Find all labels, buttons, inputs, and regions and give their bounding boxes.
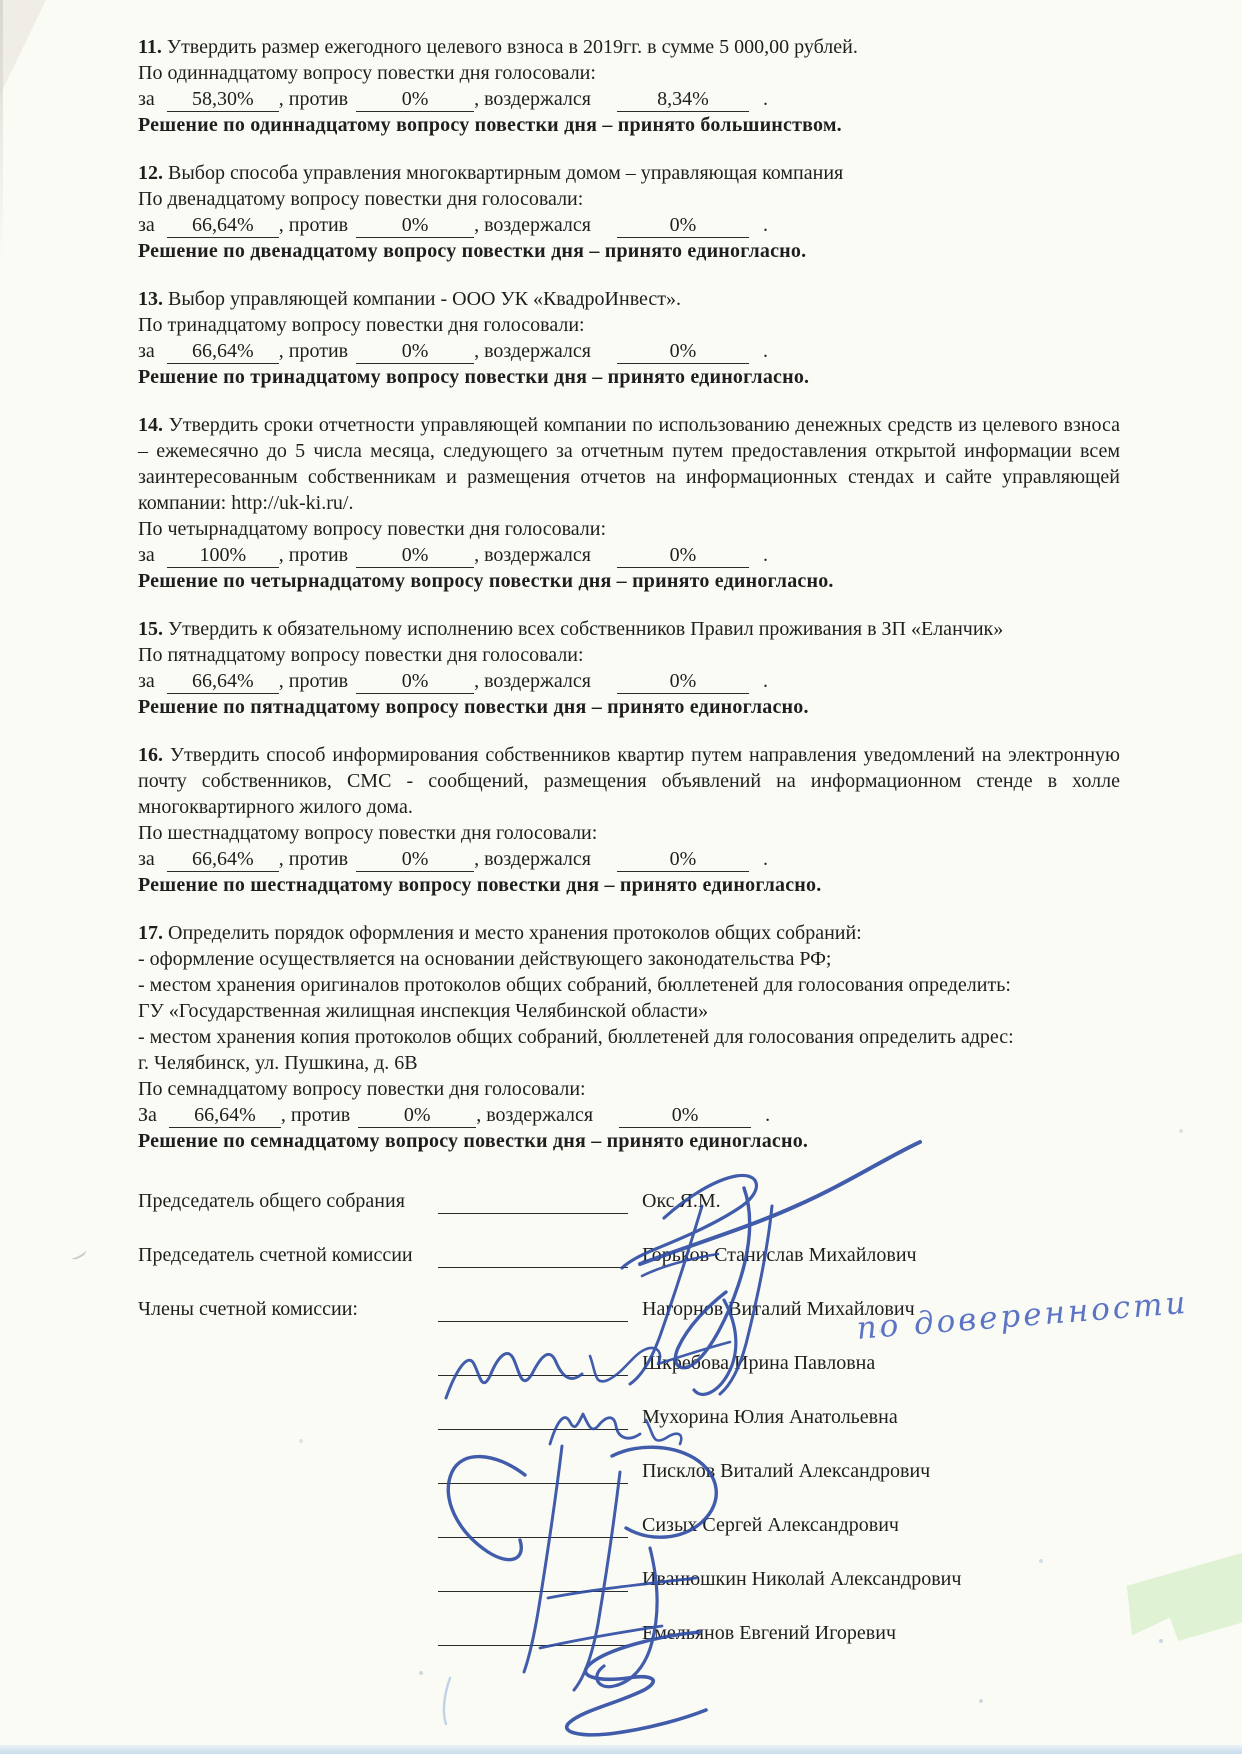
scan-edge-shadow [0,0,3,260]
vote-abstain-value: 8,34% [617,88,749,112]
vote-line: за66,64%, против0%, воздержался0%. [138,846,1120,872]
vote-line-period: . [763,544,768,566]
voting-intro: По шестнадцатому вопросу повестки дня го… [138,820,1120,846]
vote-line: за66,64%, против0%, воздержался0%. [138,668,1120,694]
signatory-name: Горьков Станислав Михайлович [642,1242,917,1268]
vote-abstain-value: 0% [617,214,749,238]
vote-against-label: , против [279,340,348,362]
vote-abstain-value: 0% [617,670,749,694]
item-subline: ГУ «Государственная жилищная инспекция Ч… [138,998,1120,1024]
scanned-document-page: 11. Утвердить размер ежегодного целевого… [0,0,1242,1754]
voting-intro: По одиннадцатому вопросу повестки дня го… [138,60,1120,86]
item-text: 13. Выбор управляющей компании - ООО УК … [138,286,1120,312]
vote-for-label: за [138,340,155,362]
vote-against-value: 0% [356,848,474,872]
vote-line-period: . [763,670,768,692]
decision-line: Решение по пятнадцатому вопросу повестки… [138,694,1120,720]
vote-against-label: , против [279,670,348,692]
item-number: 12. [138,162,163,184]
vote-abstain-label: , воздержался [474,670,591,692]
signature-role-label: Председатель счетной комиссии [138,1242,438,1268]
vote-line-period: . [763,214,768,236]
signature-role-label: Председатель общего собрания [138,1188,438,1214]
item-subline: - местом хранения оригиналов протоколов … [138,972,1120,998]
agenda-item-16: 16. Утвердить способ информирования собс… [138,742,1120,898]
signature-row: Шкребова Ирина Павловна [138,1346,1120,1376]
vote-abstain-label: , воздержался [474,340,591,362]
vote-for-label: за [138,214,155,236]
agenda-item-15: 15. Утвердить к обязательному исполнению… [138,616,1120,720]
item-body-text: Определить порядок оформления и место хр… [168,922,862,944]
vote-against-label: , против [279,544,348,566]
signatory-name: Шкребова Ирина Павловна [642,1350,875,1376]
signature-line [438,1561,628,1592]
vote-abstain-value: 0% [619,1104,751,1128]
signature-line [438,1507,628,1538]
vote-abstain-value: 0% [617,544,749,568]
decision-line: Решение по двенадцатому вопросу повестки… [138,238,1120,264]
item-subline: - местом хранения копия протоколов общих… [138,1024,1120,1050]
item-body-text: Утвердить сроки отчетности управляющей к… [138,414,1120,514]
item-body-text: Утвердить способ информирования собствен… [138,744,1120,818]
vote-against-value: 0% [358,1104,476,1128]
item-number: 13. [138,288,163,310]
signature-line [438,1615,628,1646]
item-number: 14. [138,414,163,436]
sticky-note [1124,1544,1242,1645]
item-body-text: Выбор управляющей компании - ООО УК «Ква… [168,288,681,310]
vote-abstain-label: , воздержался [476,1104,593,1126]
vote-line: за66,64%, против0%, воздержался0%. [138,212,1120,238]
vote-against-value: 0% [356,670,474,694]
vote-abstain-value: 0% [617,340,749,364]
signature-row: Мухорина Юлия Анатольевна [138,1400,1120,1430]
item-body-text: Выбор способа управления многоквартирным… [168,162,843,184]
vote-against-value: 0% [356,340,474,364]
voting-intro: По двенадцатому вопросу повестки дня гол… [138,186,1120,212]
vote-against-value: 0% [356,88,474,112]
signatory-name: Емельянов Евгений Игоревич [642,1620,896,1646]
scan-speckles [0,0,2,2]
signatory-name: Мухорина Юлия Анатольевна [642,1404,898,1430]
vote-abstain-label: , воздержался [474,848,591,870]
agenda-item-13: 13. Выбор управляющей компании - ООО УК … [138,286,1120,390]
signature-role-label: Члены счетной комиссии: [138,1296,438,1322]
decision-line: Решение по тринадцатому вопросу повестки… [138,364,1120,390]
scan-corner-shadow [0,0,46,95]
vote-for-value: 66,64% [167,848,279,872]
signatory-name: Сизых Сергей Александрович [642,1512,899,1538]
item-number: 15. [138,618,163,640]
item-text: 16. Утвердить способ информирования собс… [138,742,1120,820]
vote-for-value: 100% [167,544,279,568]
signature-row: Емельянов Евгений Игоревич [138,1616,1120,1646]
item-text: 11. Утвердить размер ежегодного целевого… [138,34,1120,60]
agenda-item-17: 17. Определить порядок оформления и мест… [138,920,1120,1154]
vote-line-period: . [763,88,768,110]
item-text: 12. Выбор способа управления многокварти… [138,160,1120,186]
signature-line [438,1291,628,1322]
vote-against-value: 0% [356,544,474,568]
signatory-name: Писклов Виталий Александрович [642,1458,930,1484]
signature-line [438,1453,628,1484]
item-text: 14. Утвердить сроки отчетности управляющ… [138,412,1120,516]
item-subline: - оформление осуществляется на основании… [138,946,1120,972]
item-body-text: Утвердить к обязательному исполнению все… [168,618,1003,640]
signature-row: Иванюшкин Николай Александрович [138,1562,1120,1592]
voting-intro: По пятнадцатому вопросу повестки дня гол… [138,642,1120,668]
signature-row: Председатель общего собрания Окс Я.М. [138,1184,1120,1214]
document-content: 11. Утвердить размер ежегодного целевого… [138,34,1120,1670]
item-number: 16. [138,744,163,766]
vote-for-value: 66,64% [167,670,279,694]
item-text: 17. Определить порядок оформления и мест… [138,920,1120,946]
vote-abstain-label: , воздержался [474,214,591,236]
vote-line: за100%, против0%, воздержался0%. [138,542,1120,568]
vote-for-label: За [138,1104,157,1126]
signatory-name: Окс Я.М. [642,1188,721,1214]
vote-for-value: 66,64% [167,340,279,364]
vote-against-label: , против [279,214,348,236]
vote-line: за66,64%, против0%, воздержался0%. [138,338,1120,364]
vote-abstain-value: 0% [617,848,749,872]
vote-line: за58,30%, против0%, воздержался8,34%. [138,86,1120,112]
agenda-item-14: 14. Утвердить сроки отчетности управляющ… [138,412,1120,594]
signature-line [438,1399,628,1430]
item-number: 11. [138,36,162,58]
voting-intro: По семнадцатому вопросу повестки дня гол… [138,1076,1120,1102]
vote-for-label: за [138,848,155,870]
vote-against-label: , против [279,88,348,110]
item-body-text: Утвердить размер ежегодного целевого взн… [167,36,858,58]
pencil-mark [69,1245,88,1261]
stray-ink-mark [444,1678,450,1724]
vote-against-label: , против [281,1104,350,1126]
vote-line-period: . [765,1104,770,1126]
signature-row: Сизых Сергей Александрович [138,1508,1120,1538]
scan-bottom-edge [0,1745,1242,1754]
vote-abstain-label: , воздержался [474,544,591,566]
vote-line: За66,64%, против0%, воздержался0%. [138,1102,1120,1128]
vote-line-period: . [763,848,768,870]
agenda-item-12: 12. Выбор способа управления многокварти… [138,160,1120,264]
decision-line: Решение по семнадцатому вопросу повестки… [138,1128,1120,1154]
item-subline: г. Челябинск, ул. Пушкина, д. 6В [138,1050,1120,1076]
voting-intro: По четырнадцатому вопросу повестки дня г… [138,516,1120,542]
signature-line [438,1183,628,1214]
voting-intro: По тринадцатому вопросу повестки дня гол… [138,312,1120,338]
vote-against-label: , против [279,848,348,870]
vote-for-value: 66,64% [167,214,279,238]
vote-for-label: за [138,544,155,566]
signature-line [438,1345,628,1376]
vote-for-label: за [138,88,155,110]
vote-for-value: 66,64% [169,1104,281,1128]
decision-line: Решение по четырнадцатому вопросу повест… [138,568,1120,594]
decision-line: Решение по одиннадцатому вопросу повестк… [138,112,1120,138]
signature-line [438,1237,628,1268]
signature-row: Председатель счетной комиссии Горьков Ст… [138,1238,1120,1268]
vote-for-value: 58,30% [167,88,279,112]
agenda-item-11: 11. Утвердить размер ежегодного целевого… [138,34,1120,138]
signatures-section: Председатель общего собрания Окс Я.М. Пр… [138,1184,1120,1646]
signatory-name: Иванюшкин Николай Александрович [642,1566,961,1592]
vote-for-label: за [138,670,155,692]
vote-abstain-label: , воздержался [474,88,591,110]
vote-against-value: 0% [356,214,474,238]
vote-line-period: . [763,340,768,362]
item-text: 15. Утвердить к обязательному исполнению… [138,616,1120,642]
decision-line: Решение по шестнадцатому вопросу повестк… [138,872,1120,898]
item-number: 17. [138,922,163,944]
signature-row: Писклов Виталий Александрович [138,1454,1120,1484]
